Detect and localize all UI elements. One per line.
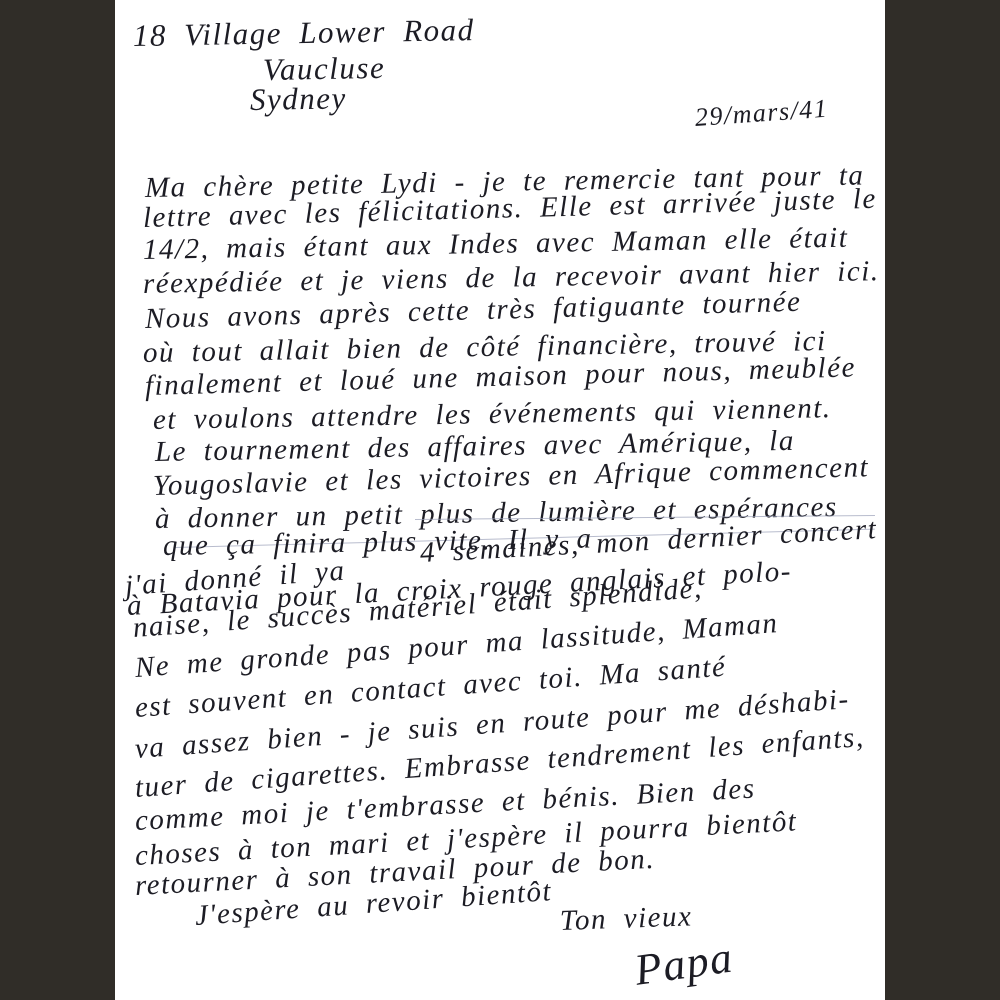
letter-closing: Ton vieux <box>559 900 692 938</box>
address-line-city: Sydney <box>250 80 347 118</box>
address-line-street: 18 Village Lower Road <box>133 12 475 54</box>
letter-page: 18 Village Lower Road Vaucluse Sydney 29… <box>115 0 885 1000</box>
letter-date: 29/mars/41 <box>694 94 829 133</box>
letter-signature: Papa <box>631 931 736 995</box>
